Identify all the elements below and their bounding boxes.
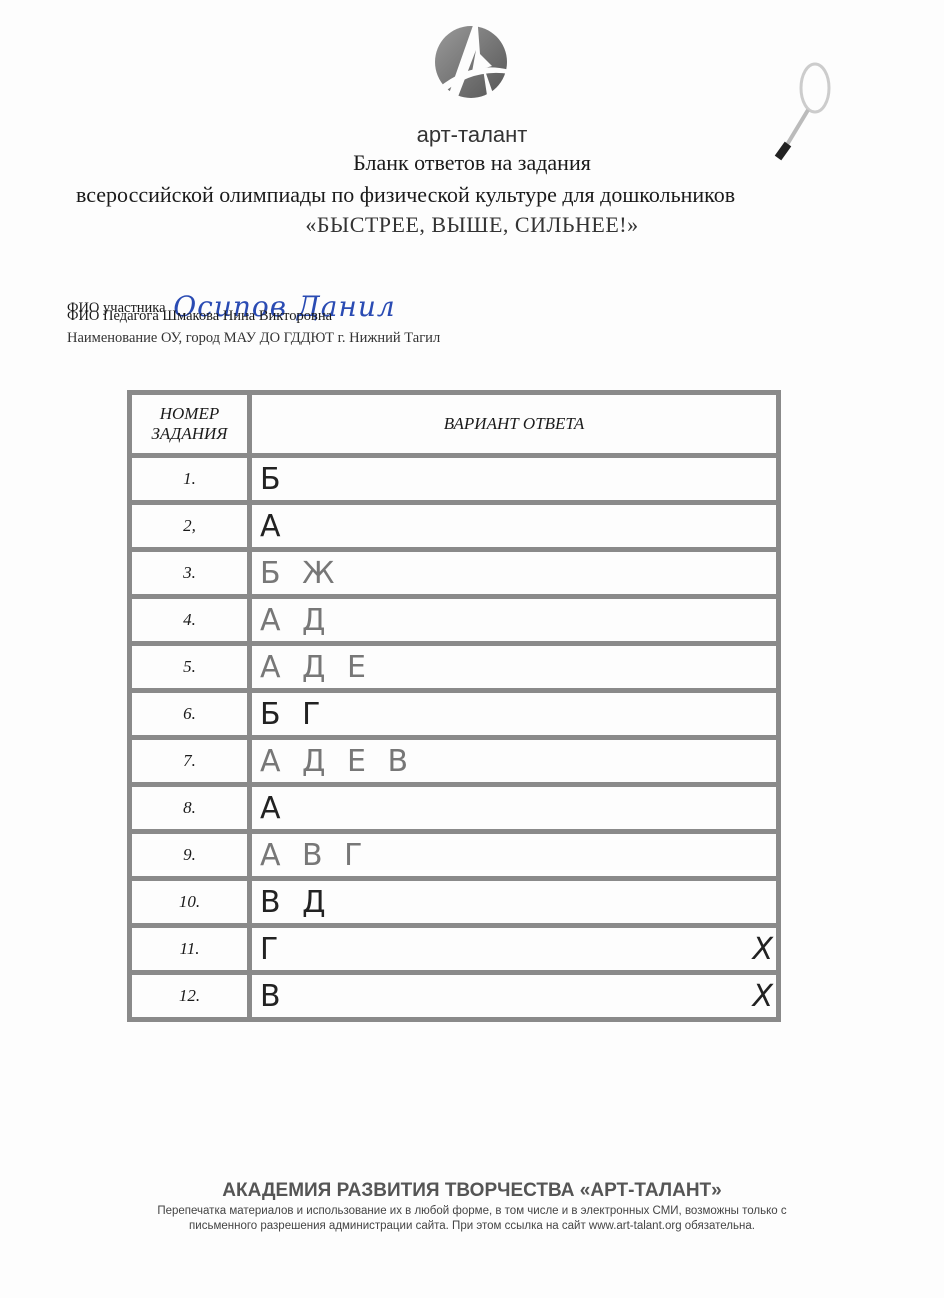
handwritten-answer: Б Ж xyxy=(260,556,340,591)
answer-cell[interactable]: Б Г xyxy=(252,693,781,735)
task-number: 5. xyxy=(127,646,252,688)
task-number-text: 9. xyxy=(183,845,196,865)
olympiad-description: всероссийской олимпиады по физической ку… xyxy=(76,182,735,208)
task-number-text: 10. xyxy=(179,892,200,912)
answer-cell[interactable]: А xyxy=(252,505,781,547)
form-title: Бланк ответов на задания xyxy=(0,150,944,176)
handwritten-answer: Б Г xyxy=(260,697,326,732)
handwritten-answer: А xyxy=(260,791,287,826)
task-number-text: 4. xyxy=(183,610,196,630)
organization-name: МАУ ДО ГДДЮТ г. Нижний Тагил xyxy=(224,330,440,346)
olympiad-name: «БЫСТРЕЕ, ВЫШЕ, СИЛЬНЕЕ!» xyxy=(0,212,944,238)
handwritten-answer: А xyxy=(260,509,287,544)
task-number: 9. xyxy=(127,834,252,876)
answer-cell[interactable]: Б Ж xyxy=(252,552,781,594)
header-text: НОМЕР xyxy=(160,404,219,424)
answer-cell[interactable]: Г xyxy=(252,928,781,970)
table-row: 7.А Д Е В xyxy=(127,735,781,782)
table-row: 12.XВ xyxy=(127,970,781,1022)
teacher-name: Шмакова Нина Викторовна xyxy=(162,308,332,324)
task-number-text: 8. xyxy=(183,798,196,818)
handwritten-answer: А Д Е В xyxy=(260,744,414,779)
organization-field: Наименование ОУ, город МАУ ДО ГДДЮТ г. Н… xyxy=(67,330,440,347)
task-number-text: 12. xyxy=(179,986,200,1006)
table-header: НОМЕР ЗАДАНИЯ ВАРИАНТ ОТВЕТА xyxy=(127,390,781,453)
answer-cell[interactable]: А Д Е xyxy=(252,646,781,688)
handwritten-answer: А В Г xyxy=(260,838,368,873)
handwritten-answer: А Д Е xyxy=(260,650,372,685)
task-number-text: 11. xyxy=(180,939,200,959)
answer-cell[interactable]: В xyxy=(252,975,781,1017)
task-number-header: НОМЕР ЗАДАНИЯ xyxy=(127,395,252,453)
task-number: 3. xyxy=(127,552,252,594)
handwritten-answer: Г xyxy=(260,932,284,967)
table-row: 8.А xyxy=(127,782,781,829)
handwritten-answer: Б xyxy=(260,462,287,497)
answer-table: НОМЕР ЗАДАНИЯ ВАРИАНТ ОТВЕТА 1.Б2,А3.Б Ж… xyxy=(127,390,781,1022)
task-number: 8. xyxy=(127,787,252,829)
handwritten-answer: В xyxy=(260,979,287,1014)
task-number-text: 5. xyxy=(183,657,196,677)
organization-label: Наименование ОУ, город xyxy=(67,330,220,346)
teacher-label: ФИО Педагога xyxy=(67,308,159,324)
table-row: 1.Б xyxy=(127,453,781,500)
task-number-text: 6. xyxy=(183,704,196,724)
task-number-text: 3. xyxy=(183,563,196,583)
handwritten-answer: А Д xyxy=(260,603,332,638)
table-row: 9.А В Г xyxy=(127,829,781,876)
table-row: 10.В Д xyxy=(127,876,781,923)
task-number: 11.X xyxy=(127,928,252,970)
handwritten-answer: В Д xyxy=(260,885,332,920)
table-row: 5.А Д Е xyxy=(127,641,781,688)
table-row: 2,А xyxy=(127,500,781,547)
task-number: 10. xyxy=(127,881,252,923)
answer-cell[interactable]: Б xyxy=(252,458,781,500)
answer-cell[interactable]: А Д xyxy=(252,599,781,641)
teacher-field: ФИО Педагога Шмакова Нина Викторовна xyxy=(67,308,332,325)
table-row: 3.Б Ж xyxy=(127,547,781,594)
footer-title: АКАДЕМИЯ РАЗВИТИЯ ТВОРЧЕСТВА «АРТ-ТАЛАНТ… xyxy=(0,1180,944,1202)
task-number: 12.X xyxy=(127,975,252,1017)
table-row: 11.XГ xyxy=(127,923,781,970)
task-number-text: 1. xyxy=(183,469,196,489)
answer-header: ВАРИАНТ ОТВЕТА xyxy=(252,395,781,453)
task-number: 6. xyxy=(127,693,252,735)
answer-cell[interactable]: А В Г xyxy=(252,834,781,876)
answer-cell[interactable]: В Д xyxy=(252,881,781,923)
task-number: 2, xyxy=(127,505,252,547)
footer-line: письменного разрешения администрации сай… xyxy=(0,1219,944,1234)
task-number: 4. xyxy=(127,599,252,641)
answer-cell[interactable]: А xyxy=(252,787,781,829)
table-row: 4.А Д xyxy=(127,594,781,641)
header-text: ЗАДАНИЯ xyxy=(152,424,228,444)
task-number-text: 7. xyxy=(183,751,196,771)
task-number-text: 2, xyxy=(183,516,196,536)
footer-notice: Перепечатка материалов и использование и… xyxy=(0,1204,944,1234)
answer-cell[interactable]: А Д Е В xyxy=(252,740,781,782)
task-number: 1. xyxy=(127,458,252,500)
brand-name: арт-талант xyxy=(0,122,944,148)
footer-line: Перепечатка материалов и использование и… xyxy=(0,1204,944,1219)
art-talant-logo-icon xyxy=(432,10,510,106)
task-number: 7. xyxy=(127,740,252,782)
table-row: 6.Б Г xyxy=(127,688,781,735)
